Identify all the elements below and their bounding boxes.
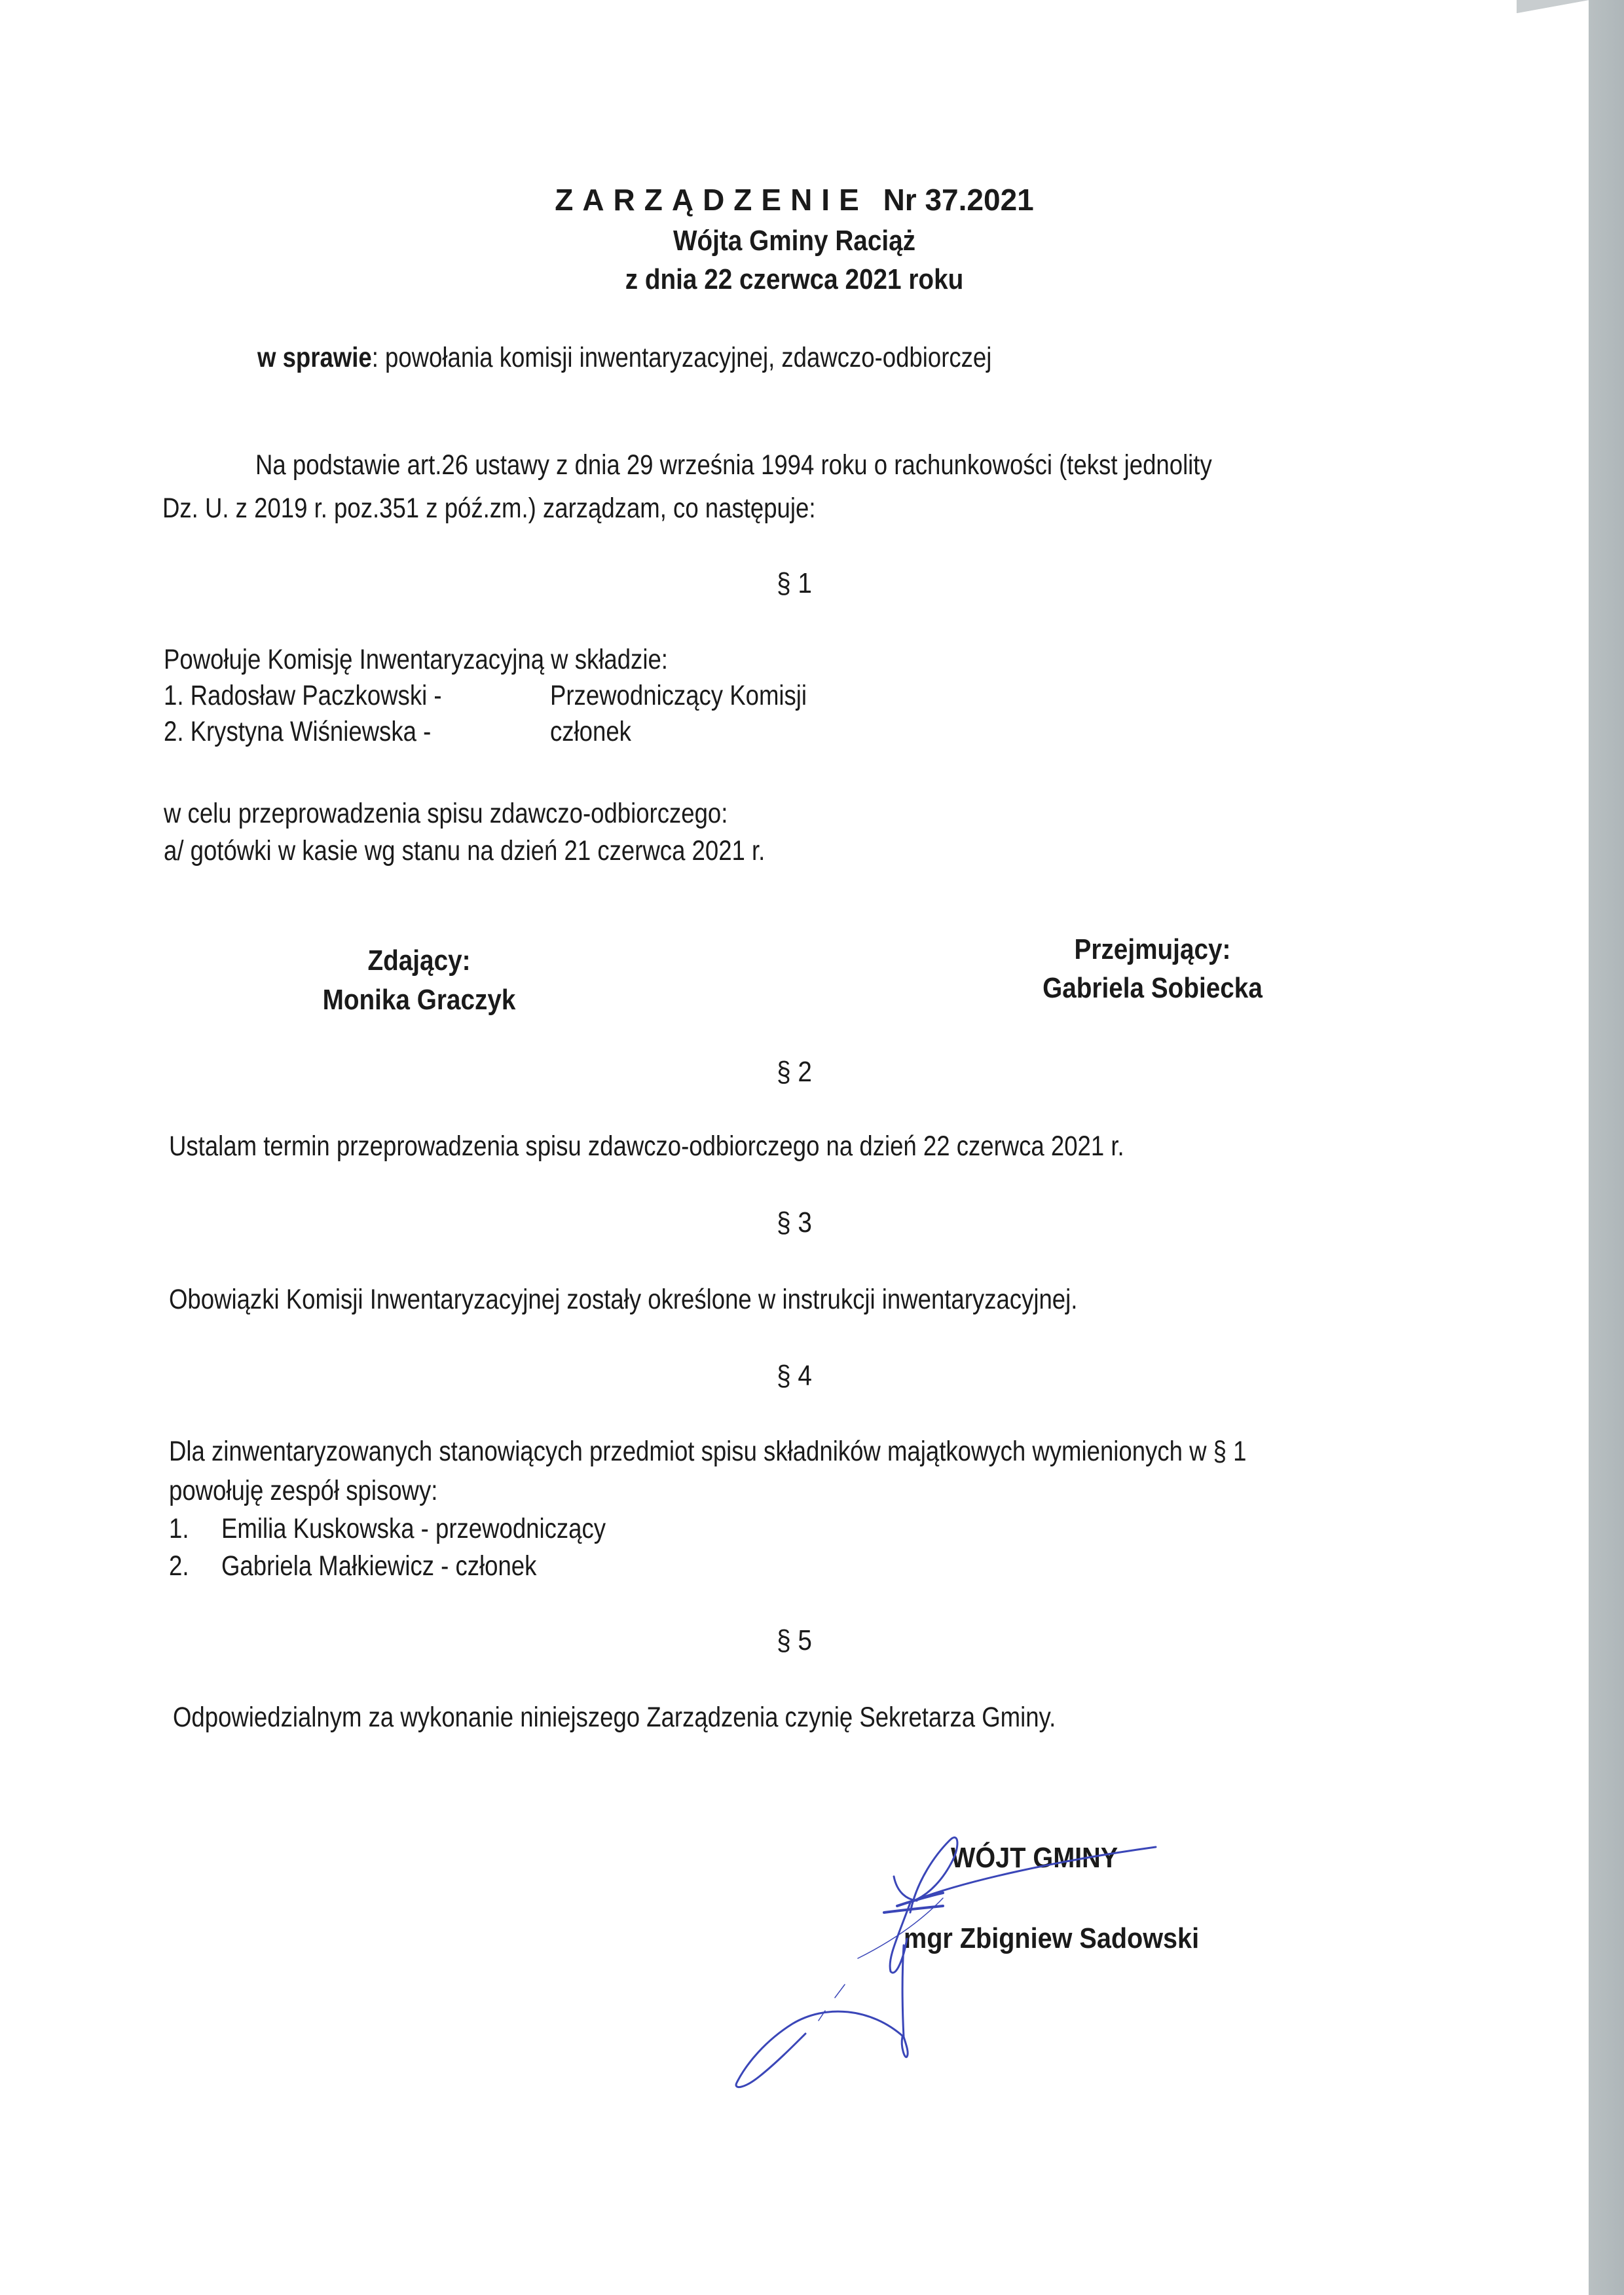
- team-member: Gabriela Małkiewicz - członek: [221, 1550, 536, 1582]
- commission-member-role: Przewodniczący Komisji: [550, 680, 807, 712]
- section-5-heading: § 5: [96, 1624, 1494, 1657]
- purpose-line-2: a/ gotówki w kasie wg stanu na dzień 21 …: [164, 835, 765, 867]
- section-3-heading: § 3: [96, 1206, 1494, 1239]
- section-4-line-1: Dla zinwentaryzowanych stanowiących prze…: [169, 1436, 1246, 1468]
- team-member: Emilia Kuskowska - przewodniczący: [221, 1513, 606, 1545]
- subject-text: : powołania komisji inwentaryzacyjnej, z…: [372, 342, 992, 373]
- handing-over-name: Monika Graczyk: [269, 984, 569, 1017]
- section-2-text: Ustalam termin przeprowadzenia spisu zda…: [169, 1130, 1124, 1163]
- commission-member-name: 1. Radosław Paczkowski -: [164, 680, 442, 712]
- section-1-heading: § 1: [96, 567, 1494, 600]
- section-4-line-2: powołuję zespół spisowy:: [169, 1475, 437, 1507]
- taking-over-name: Gabriela Sobiecka: [968, 972, 1337, 1005]
- document-page: ZARZĄDZENIE Nr 37.2021 Wójta Gminy Racią…: [0, 0, 1589, 2295]
- section-4-heading: § 4: [96, 1360, 1494, 1392]
- preamble-line-1: Na podstawie art.26 ustawy z dnia 29 wrz…: [255, 449, 1212, 481]
- commission-member-role: członek: [550, 716, 631, 748]
- section-3-text: Obowiązki Komisji Inwentaryzacyjnej zost…: [169, 1284, 1077, 1316]
- handing-over-label: Zdający:: [269, 944, 569, 977]
- commission-member-name: 2. Krystyna Wiśniewska -: [164, 716, 431, 748]
- title-number: Nr 37.2021: [883, 183, 1034, 217]
- section-5-text: Odpowiedzialnym za wykonanie niniejszego…: [173, 1702, 1056, 1734]
- team-member-number: 2.: [169, 1550, 189, 1582]
- subject-label: w sprawie: [257, 342, 372, 373]
- issue-date: z dnia 22 czerwca 2021 roku: [96, 263, 1494, 296]
- issuer: Wójta Gminy Raciąż: [96, 225, 1494, 257]
- title-word: ZARZĄDZENIE: [555, 183, 868, 217]
- subject-line: w sprawie: powołania komisji inwentaryza…: [257, 342, 991, 374]
- team-member-number: 1.: [169, 1513, 189, 1545]
- scan-border: [1589, 0, 1624, 2295]
- preamble-line-2: Dz. U. z 2019 r. poz.351 z póź.zm.) zarz…: [162, 493, 815, 525]
- handwritten-signature-icon: [720, 1782, 1310, 2109]
- purpose-line-1: w celu przeprowadzenia spisu zdawczo-odb…: [164, 798, 728, 830]
- document-title: ZARZĄDZENIE Nr 37.2021: [0, 182, 1589, 217]
- taking-over-label: Przejmujący:: [968, 933, 1337, 966]
- scan-fold-corner: [1517, 0, 1589, 13]
- commission-intro: Powołuje Komisję Inwentaryzacyjną w skła…: [164, 644, 668, 676]
- section-2-heading: § 2: [96, 1056, 1494, 1089]
